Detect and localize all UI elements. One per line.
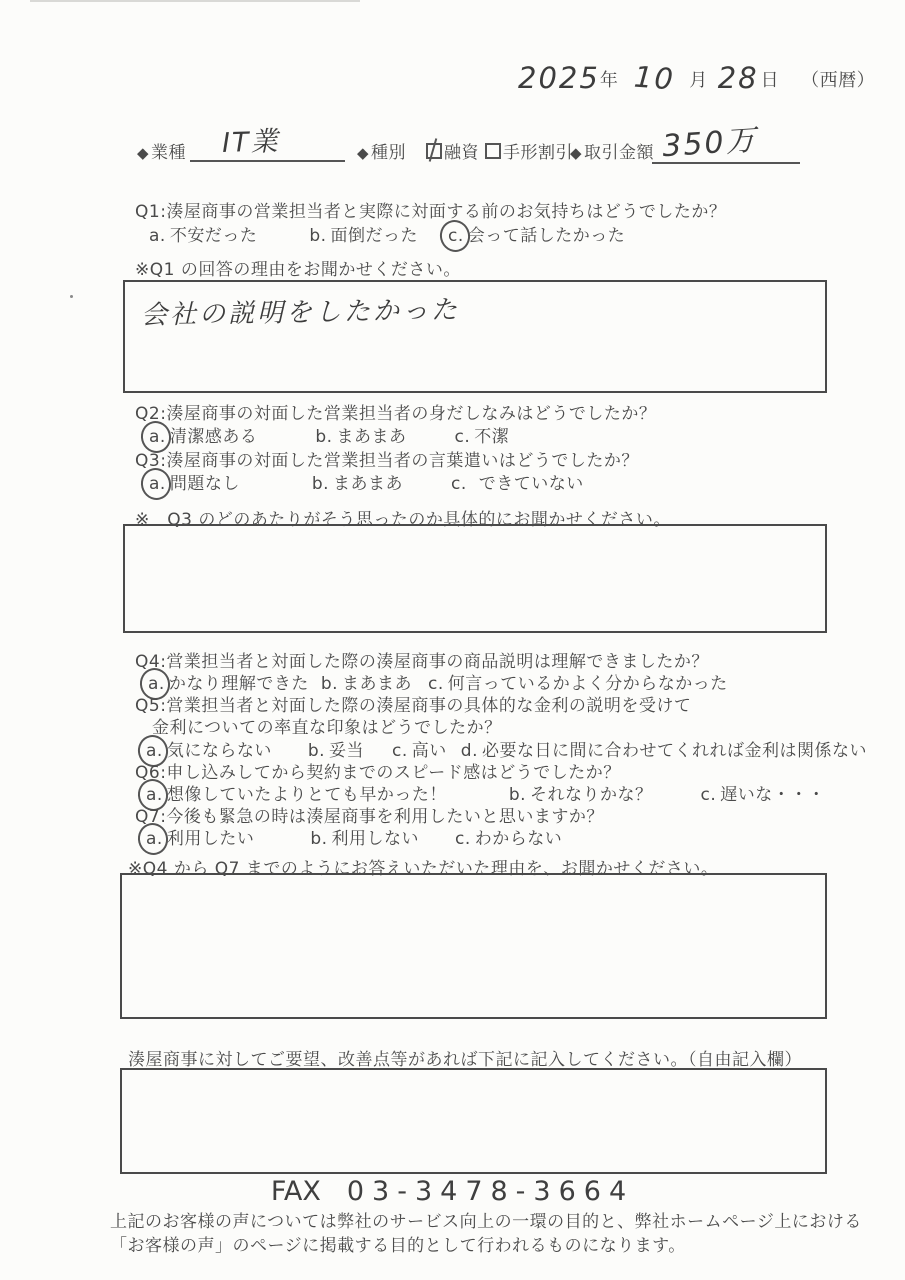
q1-reason-box: 会社の説明をしたかった: [123, 280, 827, 393]
scan-edge-artifact: [30, 0, 360, 2]
option-label: 会って話したかった: [468, 226, 626, 246]
q7-options: a.利用したい b.利用しない c.わからない: [146, 824, 562, 849]
q5-title-line2: 金利についての率直な印象はどうでしたか？: [152, 713, 502, 738]
option-label: 利用したい: [167, 829, 255, 849]
diamond-icon: ◆: [357, 144, 369, 162]
option-key: c.: [448, 226, 464, 246]
q2-options: a.清潔感ある b.まあまあ c.不潔: [149, 422, 509, 447]
checkbox-bill-discount: [485, 143, 501, 159]
footer-line-1: 上記のお客様の声については弊社のサービス向上の一環の目的と、弊社ホームページ上に…: [110, 1207, 862, 1232]
option-key: c.: [451, 474, 467, 494]
option-label: できていない: [479, 474, 584, 494]
option-key: b.: [315, 427, 332, 447]
q1-reason-handwritten: 会社の説明をしたかった: [141, 289, 461, 332]
amount-label: ◆取引金額: [570, 138, 654, 163]
option-q6-c: c.遅いな・・・: [701, 780, 826, 805]
option-key: a.: [146, 829, 163, 849]
date-era-note: （西暦）: [801, 66, 875, 93]
option-label: 不潔: [474, 427, 509, 447]
amount-field: 350万: [652, 122, 800, 164]
industry-field: IT業: [190, 128, 345, 162]
scan-dot-artifact: [70, 295, 73, 298]
date-month-label: 月: [689, 66, 708, 93]
option-q1-c: c.会って話したかった: [448, 221, 625, 246]
amount-value-handwritten: 350万: [661, 115, 759, 166]
fax-number: 03-3478-3664: [347, 1176, 634, 1207]
option-key: c.: [455, 427, 471, 447]
date-month-handwritten: 10: [633, 63, 676, 95]
industry-label: ◆業種: [137, 138, 186, 163]
option-label: まあまあ: [337, 427, 407, 447]
date-line: 2025 年 10 月 28 日 （西暦）: [518, 64, 875, 93]
q2-title: Q2:湊屋商事の対面した営業担当者の身だしなみはどうでしたか？: [135, 399, 656, 424]
option-key: a.: [149, 226, 166, 246]
option-label: 遅いな・・・: [720, 785, 825, 805]
option-q3-b: b.まあまあ: [312, 469, 403, 494]
option-q1-b: b.面倒だった: [309, 221, 418, 246]
option-key: c.: [701, 785, 717, 805]
option-label: 不安だった: [170, 226, 258, 246]
option-key: a.: [149, 474, 166, 494]
option-label: わからない: [475, 829, 563, 849]
option-key: b.: [310, 829, 327, 849]
footer-line-2: 「お客様の声」のページに掲載する目的として行われるものになります。: [110, 1231, 686, 1256]
q1-reason-label: ※Q1 の回答の理由をお聞かせください。: [135, 255, 461, 280]
option-q2-c: c.不潔: [455, 422, 510, 447]
option-label: 問題なし: [170, 474, 240, 494]
q3-reason-box: [123, 524, 827, 633]
scanned-survey-page: { "glyphs": { "diamond": "◆" }, "date_li…: [0, 0, 905, 1280]
option-q7-c: c.わからない: [455, 824, 562, 849]
date-day-handwritten: 28: [718, 64, 759, 93]
date-year-label: 年: [600, 66, 619, 93]
industry-value-handwritten: IT業: [221, 119, 280, 160]
option-key: b.: [309, 226, 326, 246]
option-label: まあまあ: [333, 474, 403, 494]
option-label: 面倒だった: [331, 226, 419, 246]
q3-title: Q3:湊屋商事の対面した営業担当者の言葉遣いはどうでしたか？: [135, 446, 639, 471]
option-q7-a: a.利用したい: [146, 824, 254, 849]
diamond-icon: ◆: [137, 144, 149, 162]
free-entry-label: 湊屋商事に対してご要望、改善点等があれば下記に記入してください。（自由記入欄）: [128, 1045, 802, 1070]
q4-7-reason-box: [120, 873, 827, 1019]
option-key: a.: [149, 427, 166, 447]
q1-options: a.不安だった b.面倒だった c.会って話したかった: [149, 221, 625, 246]
type-options: 融資手形割引: [426, 138, 573, 163]
option-q1-a: a.不安だった: [149, 221, 257, 246]
checkbox-bill-discount-label: 手形割引: [503, 143, 573, 163]
fax-line: FAX03-3478-3664: [0, 1176, 905, 1207]
checkbox-loan: [426, 143, 442, 159]
checkbox-loan-label: 融資: [444, 143, 479, 163]
option-key: b.: [312, 474, 329, 494]
q3-options: a.問題なし b.まあまあ c.できていない: [149, 469, 584, 494]
date-year-handwritten: 2025: [518, 64, 600, 93]
option-q3-a: a.問題なし: [149, 469, 240, 494]
q1-title: Q1:湊屋商事の営業担当者と実際に対面する前のお気持ちはどうでしたか？: [135, 197, 726, 222]
option-label: 利用しない: [332, 829, 420, 849]
diamond-icon: ◆: [570, 144, 582, 162]
option-label: 清潔感ある: [170, 427, 258, 447]
type-label: ◆種別: [357, 138, 406, 163]
option-q2-b: b.まあまあ: [315, 422, 406, 447]
fax-label: FAX: [271, 1176, 321, 1207]
option-q2-a: a.清潔感ある: [149, 422, 257, 447]
date-day-label: 日: [761, 66, 780, 93]
option-key: c.: [455, 829, 471, 849]
option-q7-b: b.利用しない: [310, 824, 419, 849]
option-q3-c: c.できていない: [451, 469, 584, 494]
free-entry-box: [120, 1068, 827, 1174]
